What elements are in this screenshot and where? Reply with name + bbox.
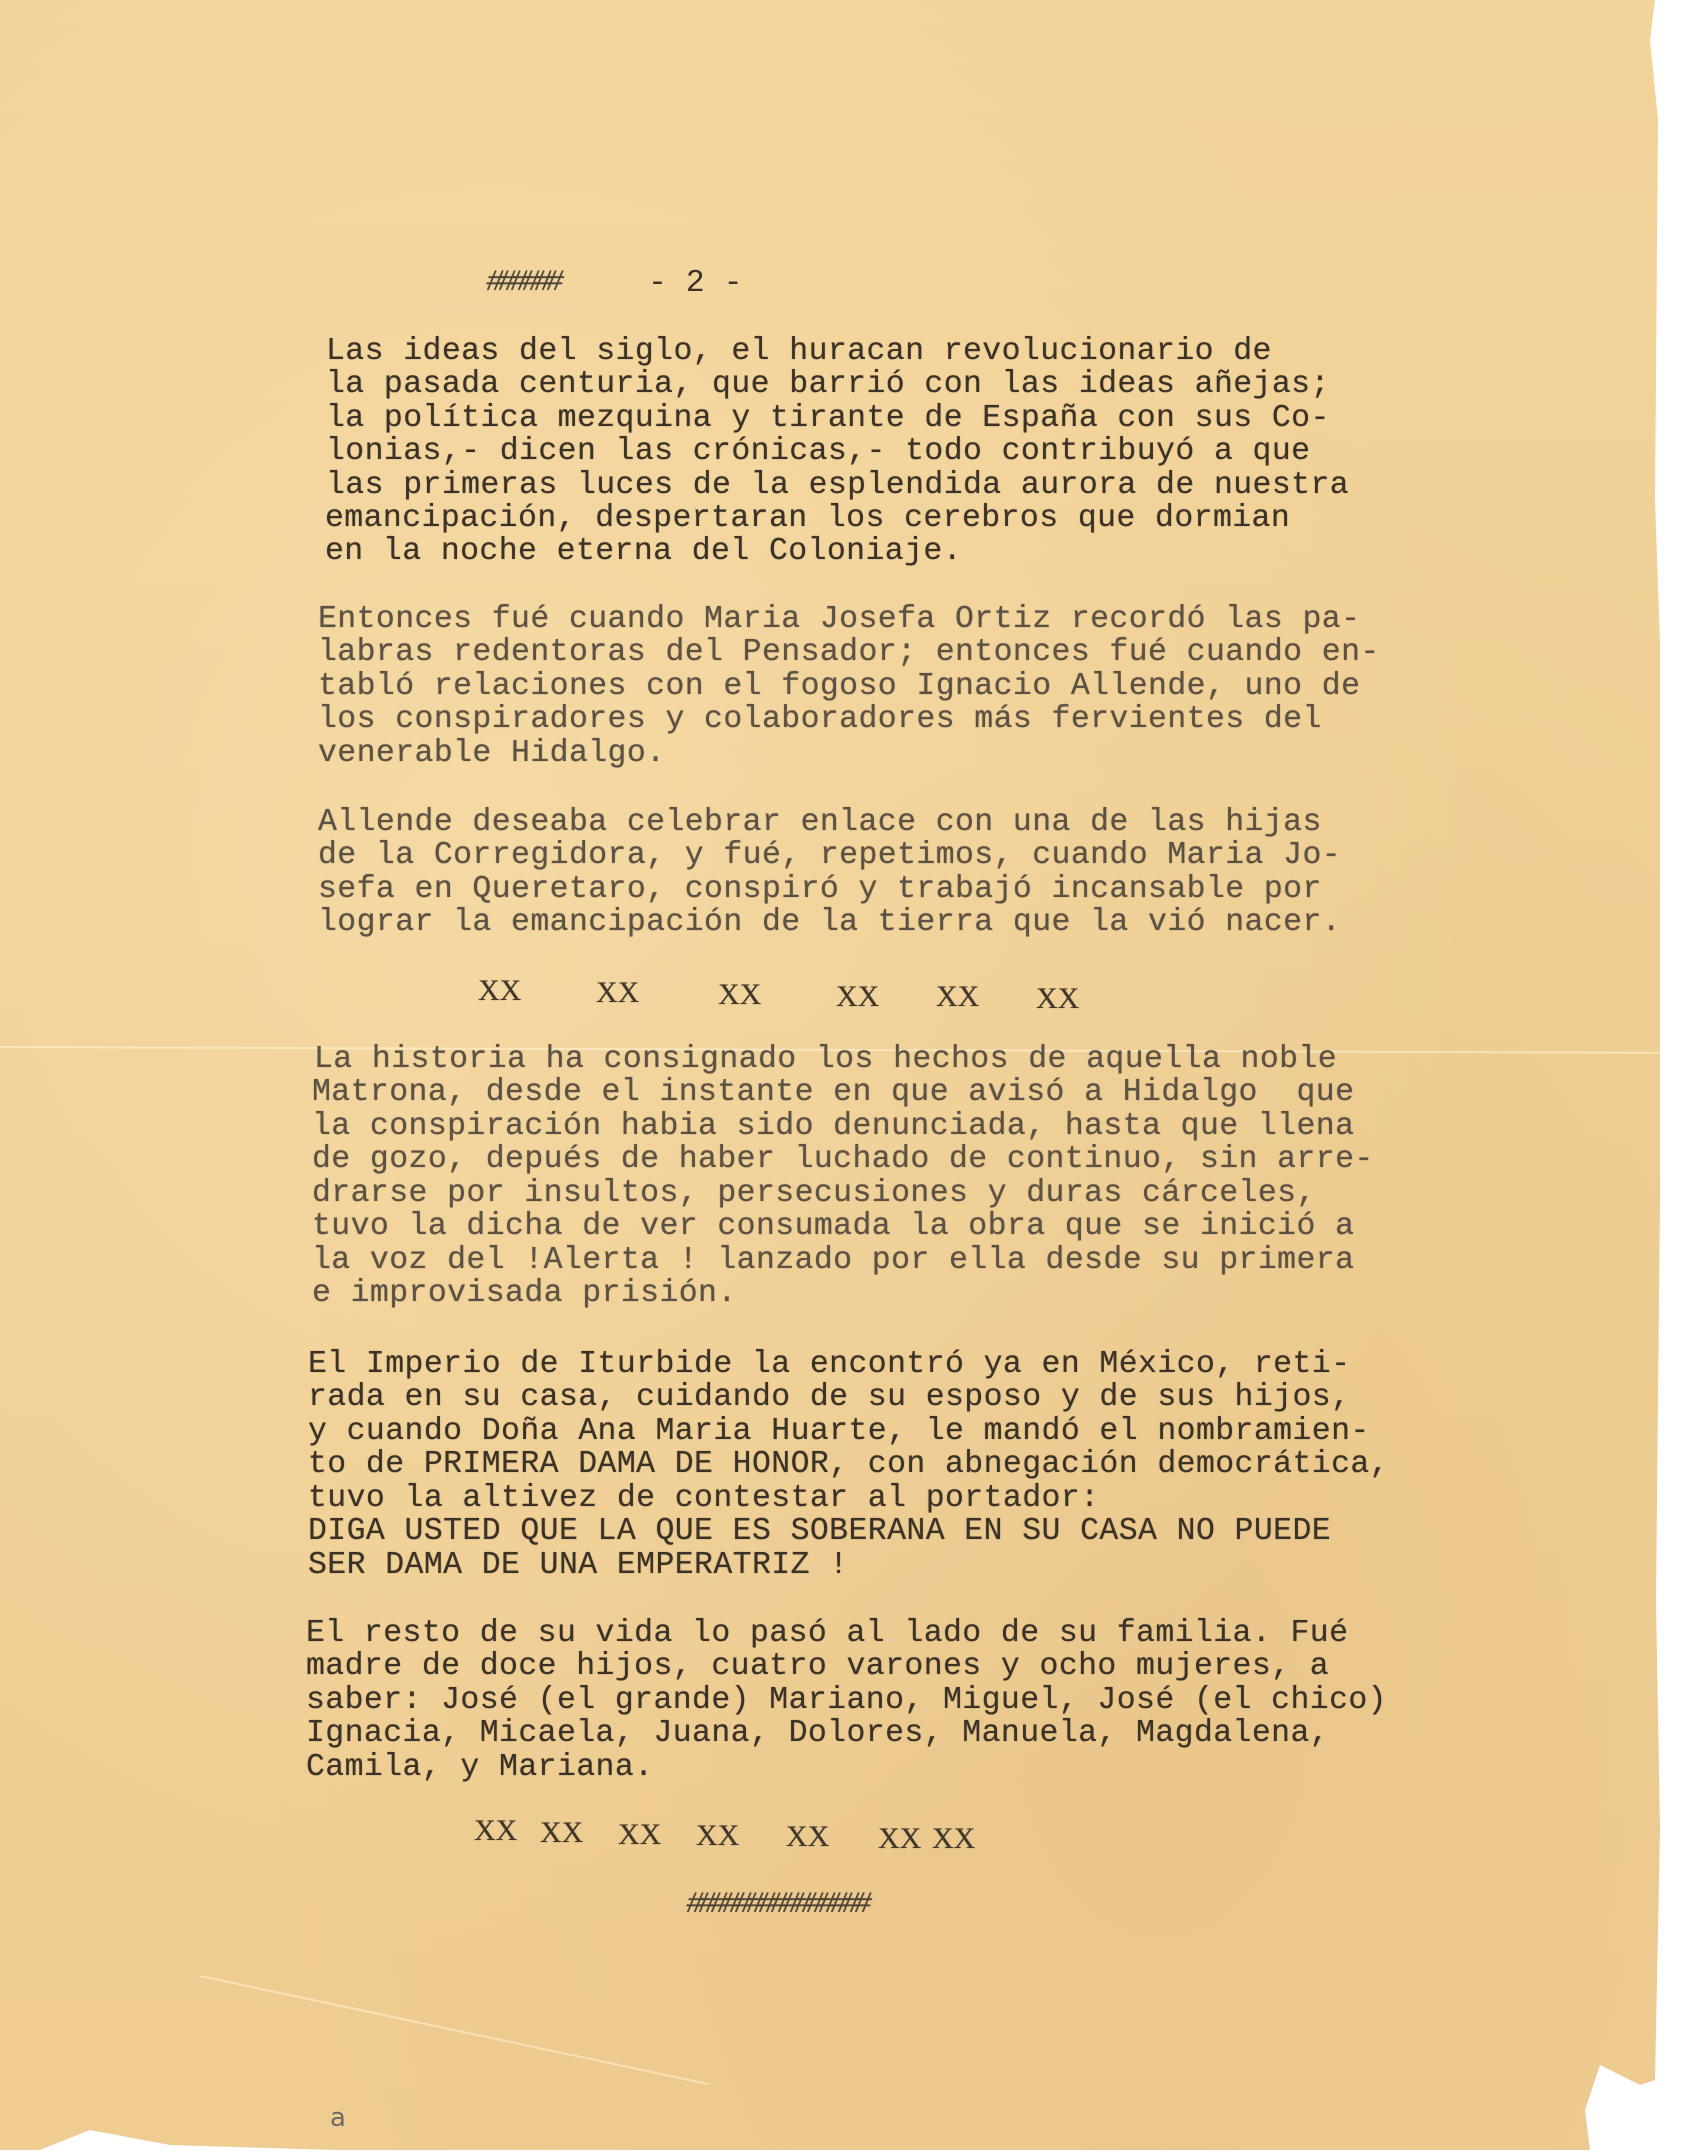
paragraph-1-line-2: la pasada centuria, que barrió con las i… <box>326 368 1330 402</box>
paragraph-4-line-7: la voz del !Alerta ! lanzado por ella de… <box>312 1244 1354 1278</box>
paragraph-1-line-3: la política mezquina y tirante de España… <box>326 402 1330 436</box>
page-number: - 2 - <box>648 266 743 301</box>
paragraph-6-line-1: El resto de su vida lo pasó al lado de s… <box>306 1617 1348 1651</box>
separator-mark: XX <box>540 1816 583 1850</box>
paragraph-1-line-5: las primeras luces de la esplendida auro… <box>326 469 1349 503</box>
separator-mark: XX <box>618 1818 661 1852</box>
paragraph-6-line-3: saber: José (el grande) Mariano, Miguel,… <box>306 1684 1387 1718</box>
paragraph-4-line-1: La historia ha consignado los hechos de … <box>314 1043 1337 1077</box>
paragraph-4-line-3: la conspiración habia sido denunciada, h… <box>312 1110 1354 1144</box>
paragraph-3-line-1: Allende deseaba celebrar enlace con una … <box>318 806 1322 840</box>
paragraph-5-quote-line-2: SER DAMA DE UNA EMPERATRIZ ! <box>308 1549 849 1583</box>
paragraph-4-line-6: tuvo la dicha de ver consumada la obra q… <box>312 1210 1354 1244</box>
paragraph-3-line-2: de la Corregidora, y fué, repetimos, cua… <box>318 839 1341 873</box>
paragraph-5-line-4: to de PRIMERA DAMA DE HONOR, con abnegac… <box>308 1448 1389 1482</box>
paragraph-4-line-8: e improvisada prisión. <box>312 1277 737 1311</box>
paragraph-2-line-3: tabló relaciones con el fogoso Ignacio A… <box>318 670 1360 704</box>
separator-mark: XX <box>932 1822 975 1856</box>
separator-mark: XX <box>596 976 639 1010</box>
paragraph-3-line-3: sefa en Queretaro, conspiró y trabajó in… <box>318 873 1322 907</box>
paragraph-4-line-5: drarse por insultos, persecusiones y dur… <box>312 1177 1316 1211</box>
paragraph-6-line-5: Camila, y Mariana. <box>306 1751 653 1785</box>
paragraph-4-line-2: Matrona, desde el instante en que avisó … <box>312 1076 1354 1110</box>
paragraph-4-line-4: de gozo, depués de haber luchado de cont… <box>312 1143 1374 1177</box>
paragraph-5-line-5: tuvo la altivez de contestar al portador… <box>308 1482 1099 1516</box>
paragraph-2-line-2: labras redentoras del Pensador; entonces… <box>318 636 1380 670</box>
paragraph-5-line-2: rada en su casa, cuidando de su esposo y… <box>308 1381 1350 1415</box>
paragraph-2-line-1: Entonces fué cuando Maria Josefa Ortiz r… <box>318 603 1360 637</box>
paragraph-1-line-4: lonias,- dicen las crónicas,- todo contr… <box>326 435 1310 469</box>
separator-mark: XX <box>786 1820 829 1854</box>
separator-mark: XX <box>478 974 521 1008</box>
separator-mark: XX <box>474 1814 517 1848</box>
paragraph-2-line-4: los conspiradores y colaboradores más fe… <box>318 703 1322 737</box>
paragraph-1-line-7: en la noche eterna del Coloniaje. <box>325 535 962 569</box>
paragraph-2-line-5: venerable Hidalgo. <box>318 737 665 771</box>
paragraph-6-line-2: madre de doce hijos, cuatro varones y oc… <box>306 1650 1329 1684</box>
separator-mark: XX <box>836 980 879 1014</box>
separator-mark: XX <box>878 1822 921 1856</box>
paragraph-3-line-4: lograr la emancipación de la tierra que … <box>318 906 1341 940</box>
paragraph-6-line-4: Ignacia, Micaela, Juana, Dolores, Manuel… <box>306 1717 1329 1751</box>
separator-mark: XX <box>1036 982 1079 1016</box>
separator-mark: XX <box>718 978 761 1012</box>
closing-hash-mark: ############### <box>686 1888 866 1922</box>
header-hash-mark: ###### <box>486 266 558 300</box>
paragraph-5-line-1: El Imperio de Iturbide la encontró ya en… <box>308 1348 1350 1382</box>
separator-mark: XX <box>696 1819 739 1853</box>
paragraph-5-quote-line-1: DIGA USTED QUE LA QUE ES SOBERANA EN SU … <box>308 1515 1331 1549</box>
paragraph-5-line-3: y cuando Doña Ana Maria Huarte, le mandó… <box>308 1415 1370 1449</box>
separator-mark: XX <box>936 980 979 1014</box>
paragraph-1-line-1: Las ideas del siglo, el huracan revoluci… <box>326 335 1272 369</box>
pencil-margin-note: a <box>330 2103 346 2133</box>
paragraph-1-line-6: emancipación, despertaran los cerebros q… <box>325 502 1290 536</box>
